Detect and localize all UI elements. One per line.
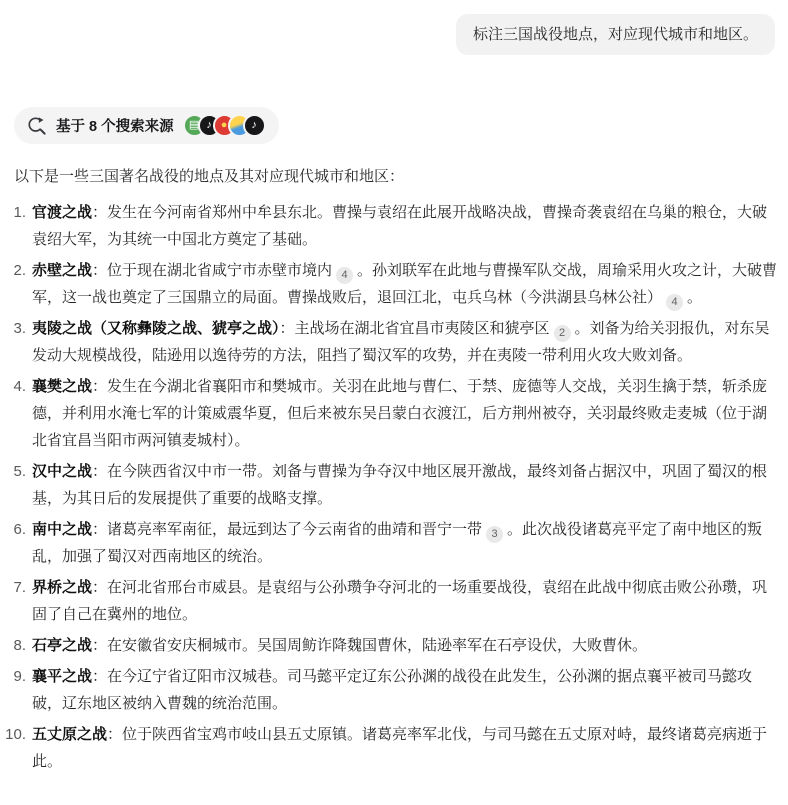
battle-name: 石亭之战 xyxy=(32,637,92,654)
battle-description: 襄樊之战：发生在今湖北省襄阳市和樊城市。关羽在此地与曹仁、于禁、庞德等人交战，关… xyxy=(32,373,778,454)
battle-list-item: 5.汉中之战：在今陕西省汉中市一带。刘备与曹操为争夺汉中地区展开激战，最终刘备占… xyxy=(0,458,778,512)
list-item-number: 10. xyxy=(0,721,26,748)
list-item-number: 2. xyxy=(0,257,26,284)
battle-list-item: 1.官渡之战：发生在今河南省郑州中牟县东北。曹操与袁绍在此展开战略决战，曹操奇袭… xyxy=(0,199,778,253)
list-item-number: 7. xyxy=(0,574,26,601)
battle-description: 南中之战：诸葛亮率军南征，最远到达了今云南省的曲靖和晋宁一带3。此次战役诸葛亮平… xyxy=(32,516,778,570)
battle-name: 襄平之战 xyxy=(32,668,92,685)
citation-badge[interactable]: 4 xyxy=(336,267,353,284)
battle-name: 赤壁之战 xyxy=(32,262,92,279)
battle-description: 襄平之战：在今辽宁省辽阳市汉城巷。司马懿平定辽东公孙渊的战役在此发生，公孙渊的据… xyxy=(32,663,778,717)
battle-list-item: 7.界桥之战：在河北省邢台市威县。是袁绍与公孙瓒争夺河北的一场重要战役，袁绍在此… xyxy=(0,574,778,628)
battle-description: 官渡之战：发生在今河南省郑州中牟县东北。曹操与袁绍在此展开战略决战，曹操奇袭袁绍… xyxy=(32,199,778,253)
battle-name: 官渡之战 xyxy=(32,204,92,221)
battle-name: 界桥之战 xyxy=(32,579,92,596)
battle-name: 夷陵之战（又称彝陵之战、猇亭之战） xyxy=(32,320,280,337)
battle-name: 南中之战 xyxy=(32,521,92,538)
battle-list-item: 3.夷陵之战（又称彝陵之战、猇亭之战）：主战场在湖北省宜昌市夷陵区和猇亭区2。刘… xyxy=(0,315,778,369)
chat-container: 标注三国战役地点，对应现代城市和地区。 基于 8 个搜索来源 ▤♪●♪ 以下是一… xyxy=(0,0,788,775)
intro-text: 以下是一些三国著名战役的地点及其对应现代城市和地区： xyxy=(14,163,774,190)
battle-list-item: 4.襄樊之战：发生在今湖北省襄阳市和樊城市。关羽在此地与曹仁、于禁、庞德等人交战… xyxy=(0,373,778,454)
battle-list-item: 6.南中之战：诸葛亮率军南征，最远到达了今云南省的曲靖和晋宁一带3。此次战役诸葛… xyxy=(0,516,778,570)
battle-list: 1.官渡之战：发生在今河南省郑州中牟县东北。曹操与袁绍在此展开战略决战，曹操奇袭… xyxy=(0,199,778,775)
battle-name: 汉中之战 xyxy=(32,463,92,480)
battle-list-item: 8.石亭之战：在安徽省安庆桐城市。吴国周鲂诈降魏国曹休，陆逊率军在石亭设伏，大败… xyxy=(0,632,778,659)
battle-description: 五丈原之战：位于陕西省宝鸡市岐山县五丈原镇。诸葛亮率军北伐，与司马懿在五丈原对峙… xyxy=(32,721,778,775)
list-item-number: 1. xyxy=(0,199,26,226)
battle-list-item: 9.襄平之战：在今辽宁省辽阳市汉城巷。司马懿平定辽东公孙渊的战役在此发生，公孙渊… xyxy=(0,663,778,717)
battle-description: 夷陵之战（又称彝陵之战、猇亭之战）：主战场在湖北省宜昌市夷陵区和猇亭区2。刘备为… xyxy=(32,315,778,369)
source-favicon-tiktok-2: ♪ xyxy=(243,114,266,137)
list-item-number: 9. xyxy=(0,663,26,690)
search-refresh-icon xyxy=(27,116,47,136)
list-item-number: 8. xyxy=(0,632,26,659)
list-item-number: 5. xyxy=(0,458,26,485)
battle-name: 襄樊之战 xyxy=(32,378,92,395)
user-message-bubble: 标注三国战役地点，对应现代城市和地区。 xyxy=(456,14,775,55)
search-sources-pill[interactable]: 基于 8 个搜索来源 ▤♪●♪ xyxy=(14,107,279,144)
battle-description: 界桥之战：在河北省邢台市威县。是袁绍与公孙瓒争夺河北的一场重要战役，袁绍在此战中… xyxy=(32,574,778,628)
list-item-number: 6. xyxy=(0,516,26,543)
search-sources-label: 基于 8 个搜索来源 xyxy=(56,115,174,136)
source-favicons: ▤♪●♪ xyxy=(183,114,266,137)
citation-badge[interactable]: 2 xyxy=(554,325,571,342)
battle-list-item: 10.五丈原之战：位于陕西省宝鸡市岐山县五丈原镇。诸葛亮率军北伐，与司马懿在五丈… xyxy=(0,721,778,775)
battle-description: 石亭之战：在安徽省安庆桐城市。吴国周鲂诈降魏国曹休，陆逊率军在石亭设伏，大败曹休… xyxy=(32,632,778,659)
battle-description: 赤壁之战：位于现在湖北省咸宁市赤壁市境内4。孙刘联军在此地与曹操军队交战，周瑜采… xyxy=(32,257,778,311)
battle-list-item: 2.赤壁之战：位于现在湖北省咸宁市赤壁市境内4。孙刘联军在此地与曹操军队交战，周… xyxy=(0,257,778,311)
battle-name: 五丈原之战 xyxy=(32,726,107,743)
citation-badge[interactable]: 3 xyxy=(486,526,503,543)
battle-description: 汉中之战：在今陕西省汉中市一带。刘备与曹操为争夺汉中地区展开激战，最终刘备占据汉… xyxy=(32,458,778,512)
list-item-number: 4. xyxy=(0,373,26,400)
user-message-row: 标注三国战役地点，对应现代城市和地区。 xyxy=(0,0,788,55)
citation-badge[interactable]: 4 xyxy=(666,294,683,311)
list-item-number: 3. xyxy=(0,315,26,342)
